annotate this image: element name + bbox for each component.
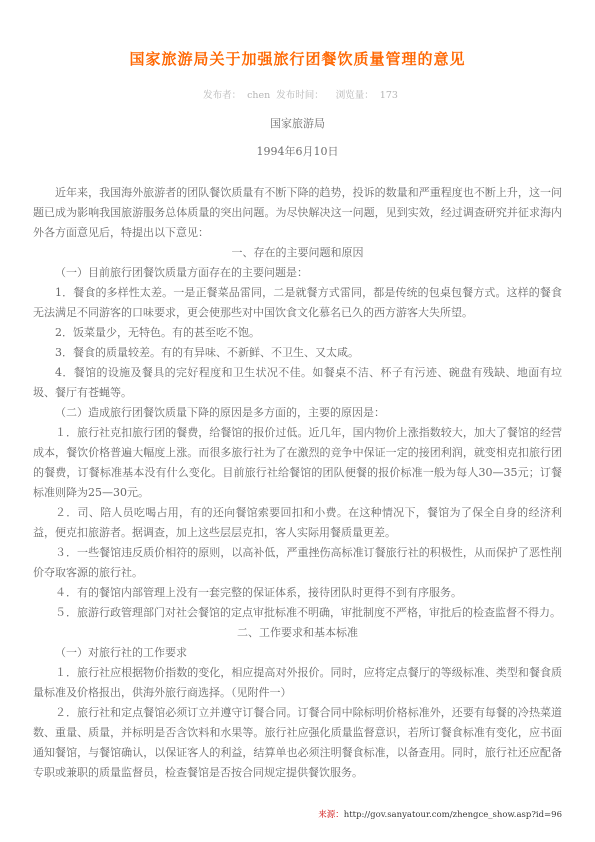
- document-date: 1994年6月10日: [33, 143, 562, 159]
- issuer-name: 国家旅游局: [33, 115, 562, 131]
- paragraph: （一）目前旅行团餐饮质量方面存在的主要问题是：: [33, 263, 562, 283]
- source-label: 来源：: [318, 810, 344, 820]
- views-value: 173: [380, 90, 398, 101]
- publisher-label: 发布者：: [203, 90, 241, 101]
- document-page: 国家旅游局关于加强旅行团餐饮质量管理的意见 发布者：chen发布时间：浏览量：1…: [0, 0, 595, 842]
- source-url-link[interactable]: http://gov.sanyatour.com/zhengce_show.as…: [344, 810, 562, 820]
- paragraph: １．旅行社应根据物价指数的变化，相应提高对外报价。同时，应将定点餐厅的等级标准、…: [33, 663, 562, 703]
- publisher-value: chen: [247, 90, 270, 101]
- views-label: 浏览量：: [336, 90, 374, 101]
- publish-time-label: 发布时间：: [276, 90, 324, 101]
- section-heading: 一、存在的主要问题和原因: [33, 243, 562, 263]
- paragraph: 近年来，我国海外旅游者的团队餐饮质量有不断下降的趋势，投诉的数量和严重程度也不断…: [33, 183, 562, 243]
- paragraph: ４．有的餐馆内部管理上没有一套完整的保证体系，接待团队时更得不到有序服务。: [33, 583, 562, 603]
- paragraph: ２．司、陪人员吃喝占用，有的还向餐馆索要回扣和小费。在这种情况下，餐馆为了保全自…: [33, 503, 562, 543]
- paragraph: （一）对旅行社的工作要求: [33, 643, 562, 663]
- page-title: 国家旅游局关于加强旅行团餐饮质量管理的意见: [33, 48, 562, 69]
- meta-bar: 发布者：chen发布时间：浏览量：173: [33, 87, 562, 101]
- paragraph: （二）造成旅行团餐饮质量下降的原因是多方面的，主要的原因是：: [33, 403, 562, 423]
- paragraph: １．旅行社克扣旅行团的餐费，给餐馆的报价过低。近几年，国内物价上涨指数较大，加大…: [33, 423, 562, 503]
- source-line: 来源：http://gov.sanyatour.com/zhengce_show…: [318, 808, 562, 820]
- paragraph: 4．餐馆的设施及餐具的完好程度和卫生状况不佳。如餐桌不洁、杯子有污迹、碗盘有残缺…: [33, 363, 562, 403]
- paragraph: 1．餐食的多样性太差。一是正餐菜品雷同，二是就餐方式雷同，都是传统的包桌包餐方式…: [33, 283, 562, 323]
- paragraph: ５．旅游行政管理部门对社会餐馆的定点审批标准不明确，审批制度不严格，审批后的检查…: [33, 603, 562, 623]
- paragraph: ２．旅行社和定点餐馆必须订立并遵守订餐合同。订餐合同中除标明价格标准外，还要有每…: [33, 703, 562, 783]
- document-body: 近年来，我国海外旅游者的团队餐饮质量有不断下降的趋势，投诉的数量和严重程度也不断…: [33, 183, 562, 783]
- paragraph: 2．饭菜量少，无特色。有的甚至吃不饱。: [33, 323, 562, 343]
- paragraph: ３．一些餐馆违反质价相符的原则，以高补低，严重挫伤高标准订餐旅行社的积极性，从而…: [33, 543, 562, 583]
- section-heading: 二、工作要求和基本标准: [33, 623, 562, 643]
- paragraph: 3．餐食的质量较差。有的有异味、不新鲜、不卫生、又太咸。: [33, 343, 562, 363]
